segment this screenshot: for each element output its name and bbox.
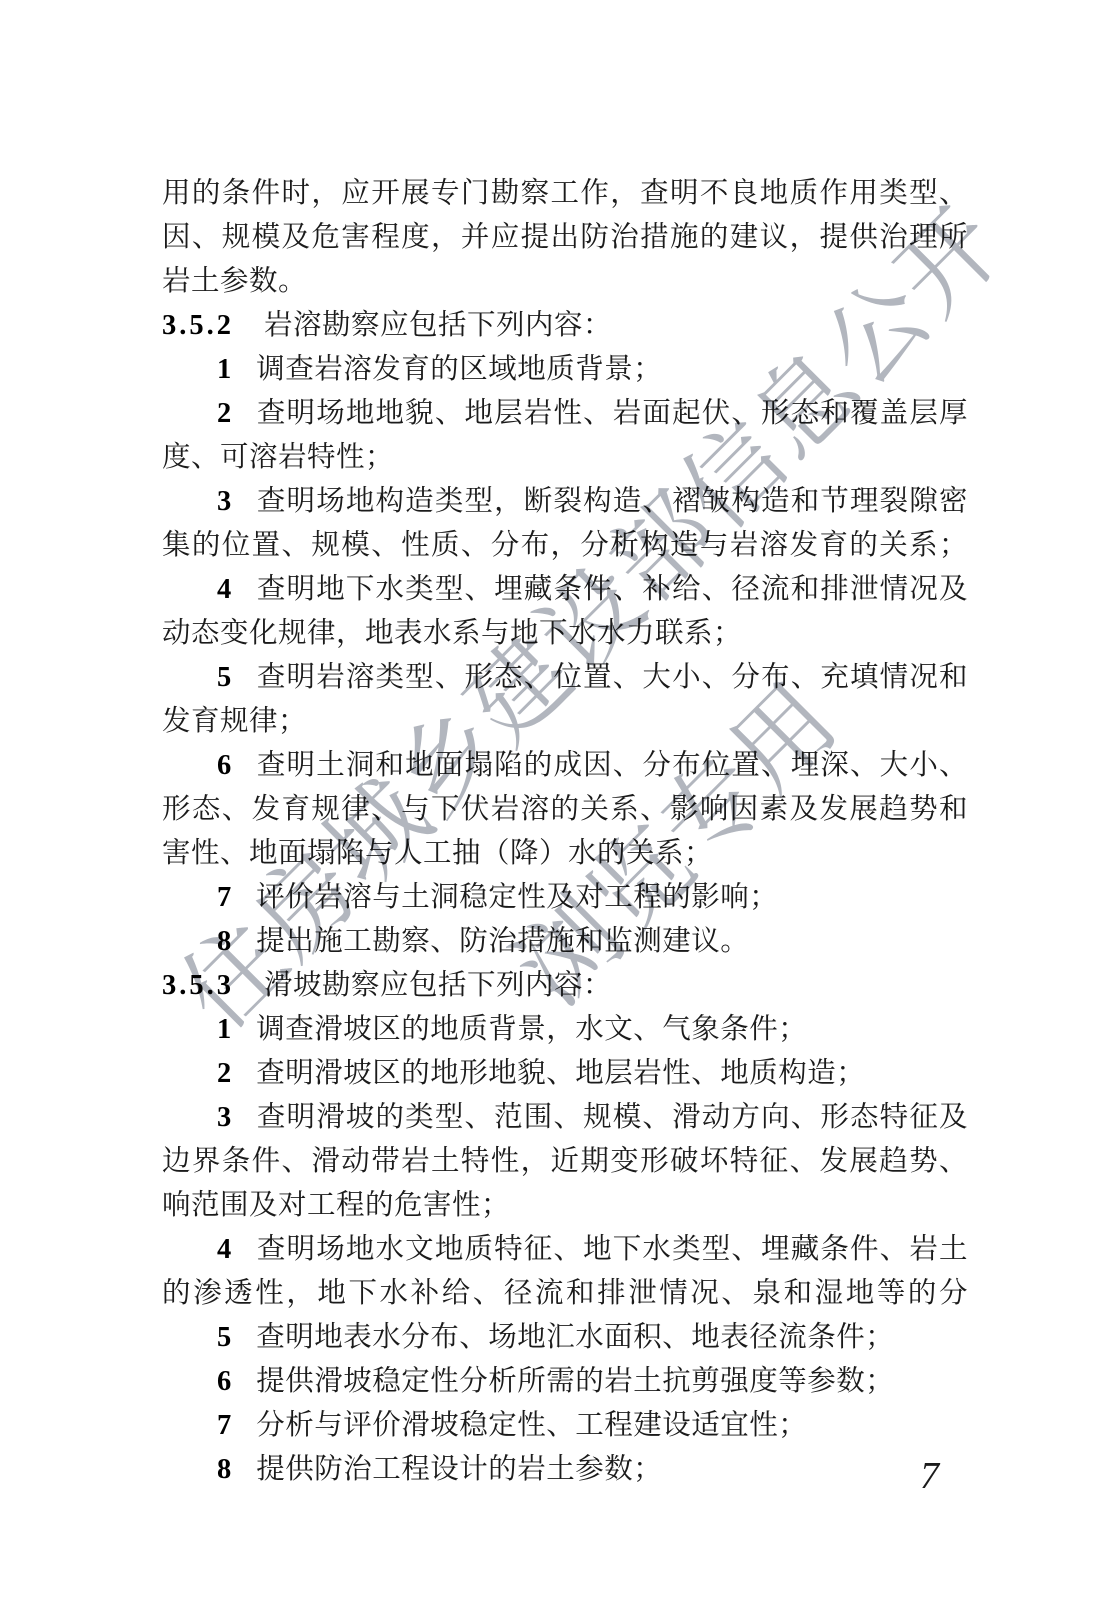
list-item: 5查明岩溶类型、形态、位置、大小、分布、充填情况和 [162, 656, 968, 700]
item-text: 查明滑坡区的地形地貌、地层岩性、地质构造； [256, 1058, 865, 1089]
paragraph-line: 岩土参数。 [162, 260, 968, 304]
paragraph-line: 边界条件、滑动带岩土特性，近期变形破坏特征、发展趋势、影 [162, 1140, 968, 1184]
list-item: 8提供防治工程设计的岩土参数； [162, 1448, 968, 1492]
item-number: 1 [217, 1014, 232, 1045]
item-text: 查明岩溶类型、形态、位置、大小、分布、充填情况和 [256, 662, 968, 693]
paragraph-line: 响范围及对工程的危害性； [162, 1184, 968, 1228]
item-number: 4 [217, 574, 232, 605]
list-item: 2查明场地地貌、地层岩性、岩面起伏、形态和覆盖层厚 [162, 392, 968, 436]
item-text: 调查滑坡区的地质背景，水文、气象条件； [256, 1014, 807, 1045]
item-text: 查明场地构造类型，断裂构造、褶皱构造和节理裂隙密 [256, 486, 968, 517]
list-item: 7评价岩溶与土洞稳定性及对工程的影响； [162, 876, 968, 920]
item-number: 3 [217, 486, 232, 517]
list-item: 8提出施工勘察、防治措施和监测建议。 [162, 920, 968, 964]
list-item: 6查明土洞和地面塌陷的成因、分布位置、埋深、大小、 [162, 744, 968, 788]
paragraph-line: 度、可溶岩特性； [162, 436, 968, 480]
paragraph-line: 用的条件时，应开展专门勘察工作，查明不良地质作用类型、成 [162, 172, 968, 216]
item-text: 提出施工勘察、防治措施和监测建议。 [256, 926, 749, 957]
item-text: 提供防治工程设计的岩土参数； [256, 1454, 662, 1485]
item-number: 6 [217, 1366, 232, 1397]
list-item: 4查明场地水文地质特征、地下水类型、埋藏条件、岩土 [162, 1228, 968, 1272]
section-number: 3.5.2 [162, 310, 234, 341]
item-number: 8 [217, 1454, 232, 1485]
item-number: 3 [217, 1102, 232, 1133]
section-title: 岩溶勘察应包括下列内容： [264, 310, 612, 341]
section-heading: 3.5.3滑坡勘察应包括下列内容： [162, 964, 968, 1008]
document-page: 用的条件时，应开展专门勘察工作，查明不良地质作用类型、成 因、规模及危害程度，并… [0, 0, 1103, 1598]
item-text: 调查岩溶发育的区域地质背景； [256, 354, 662, 385]
list-item: 1调查岩溶发育的区域地质背景； [162, 348, 968, 392]
item-text: 分析与评价滑坡稳定性、工程建设适宜性； [256, 1410, 807, 1441]
section-heading: 3.5.2岩溶勘察应包括下列内容： [162, 304, 968, 348]
list-item: 5查明地表水分布、场地汇水面积、地表径流条件； [162, 1316, 968, 1360]
item-text: 查明土洞和地面塌陷的成因、分布位置、埋深、大小、 [256, 750, 968, 781]
item-number: 6 [217, 750, 232, 781]
list-item: 6提供滑坡稳定性分析所需的岩土抗剪强度等参数； [162, 1360, 968, 1404]
list-item: 3查明滑坡的类型、范围、规模、滑动方向、形态特征及 [162, 1096, 968, 1140]
paragraph-line: 形态、发育规律、与下伏岩溶的关系、影响因素及发展趋势和危 [162, 788, 968, 832]
paragraph-line: 集的位置、规模、性质、分布，分析构造与岩溶发育的关系； [162, 524, 968, 568]
section-title: 滑坡勘察应包括下列内容： [264, 970, 612, 1001]
item-number: 7 [217, 882, 232, 913]
paragraph-line: 动态变化规律，地表水系与地下水水力联系； [162, 612, 968, 656]
item-number: 2 [217, 398, 232, 429]
list-item: 7分析与评价滑坡稳定性、工程建设适宜性； [162, 1404, 968, 1448]
item-text: 提供滑坡稳定性分析所需的岩土抗剪强度等参数； [256, 1366, 894, 1397]
list-item: 2查明滑坡区的地形地貌、地层岩性、地质构造； [162, 1052, 968, 1096]
list-item: 1调查滑坡区的地质背景，水文、气象条件； [162, 1008, 968, 1052]
item-text: 查明场地地貌、地层岩性、岩面起伏、形态和覆盖层厚 [256, 398, 968, 429]
section-number: 3.5.3 [162, 970, 234, 1001]
item-number: 5 [217, 662, 232, 693]
paragraph-line: 因、规模及危害程度，并应提出防治措施的建议，提供治理所需 [162, 216, 968, 260]
paragraph-line: 害性、地面塌陷与人工抽（降）水的关系； [162, 832, 968, 876]
item-number: 4 [217, 1234, 232, 1265]
page-number: 7 [920, 1450, 939, 1502]
item-number: 2 [217, 1058, 232, 1089]
list-item: 3查明场地构造类型，断裂构造、褶皱构造和节理裂隙密 [162, 480, 968, 524]
item-number: 8 [217, 926, 232, 957]
list-item: 4查明地下水类型、埋藏条件、补给、径流和排泄情况及 [162, 568, 968, 612]
paragraph-line: 的渗透性，地下水补给、径流和排泄情况、泉和湿地等的分布； [162, 1272, 968, 1316]
document-body: 用的条件时，应开展专门勘察工作，查明不良地质作用类型、成 因、规模及危害程度，并… [162, 172, 968, 1492]
item-text: 查明地表水分布、场地汇水面积、地表径流条件； [256, 1322, 894, 1353]
item-text: 查明滑坡的类型、范围、规模、滑动方向、形态特征及 [256, 1102, 968, 1133]
item-text: 查明场地水文地质特征、地下水类型、埋藏条件、岩土 [256, 1234, 968, 1265]
item-number: 5 [217, 1322, 232, 1353]
item-text: 查明地下水类型、埋藏条件、补给、径流和排泄情况及 [256, 574, 968, 605]
item-number: 7 [217, 1410, 232, 1441]
paragraph-line: 发育规律； [162, 700, 968, 744]
item-text: 评价岩溶与土洞稳定性及对工程的影响； [256, 882, 778, 913]
item-number: 1 [217, 354, 232, 385]
